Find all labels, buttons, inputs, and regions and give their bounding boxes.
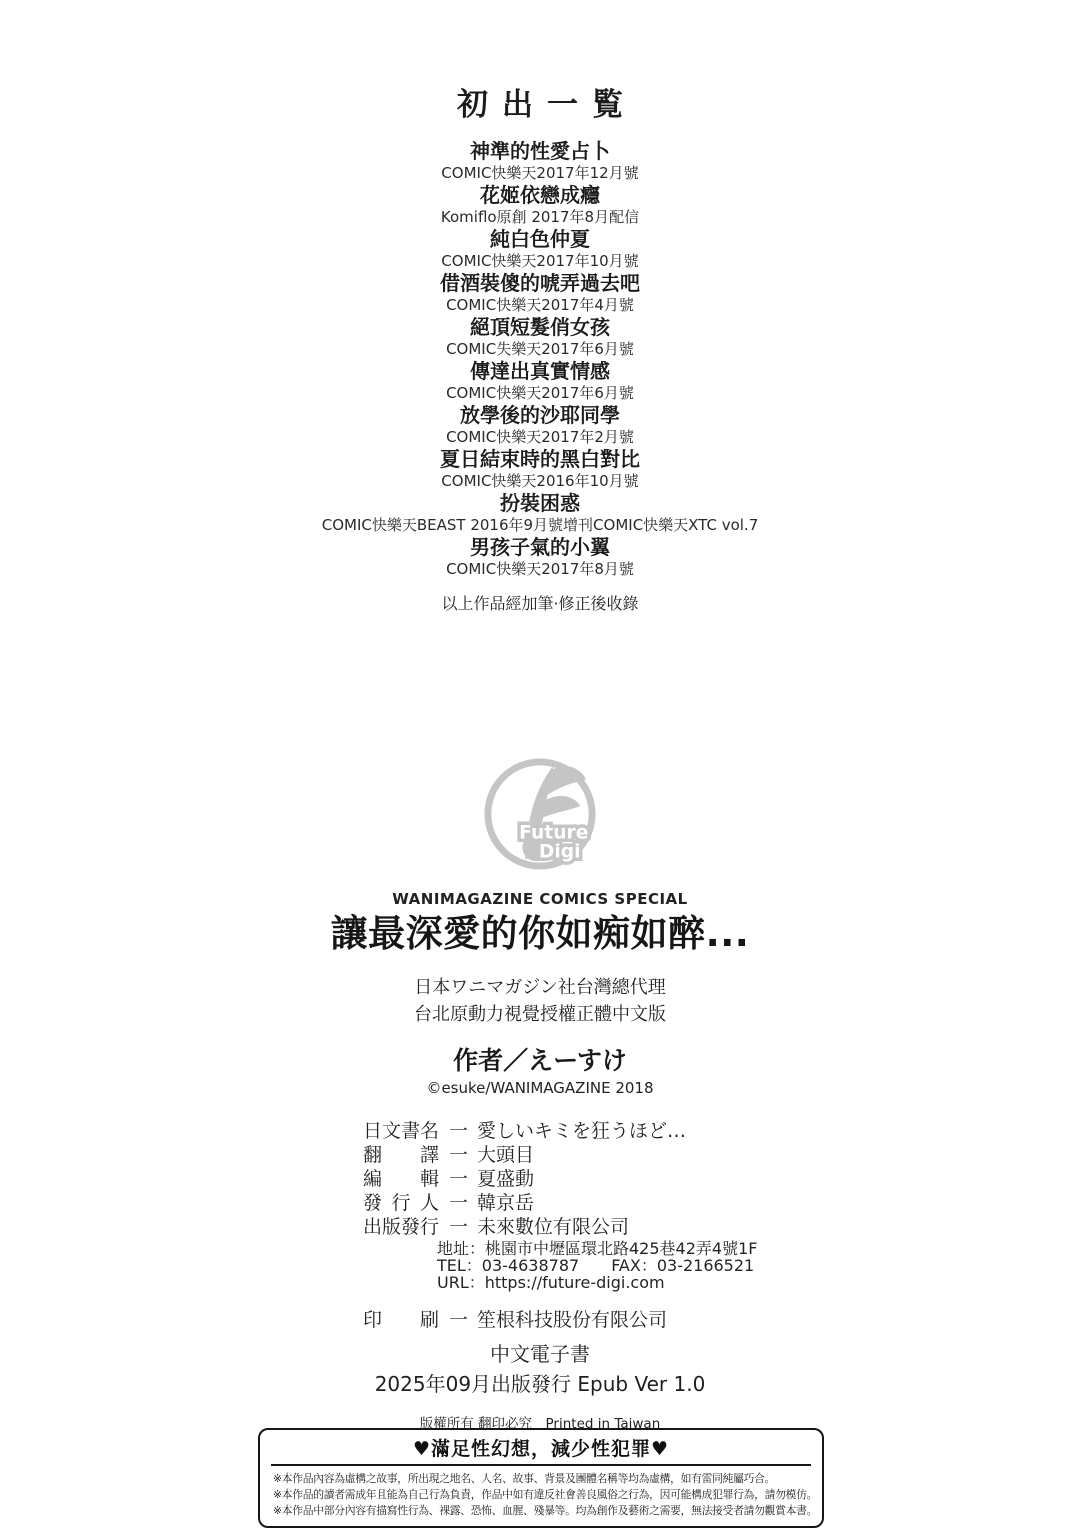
- publication-item-source: COMIC快樂天2017年8月號: [0, 560, 1080, 578]
- publication-item: 絕頂短髮俏女孩COMIC失樂天2017年6月號: [0, 315, 1080, 359]
- notice-line: ※本作品的讀者需成年且能為自己行為負責，作品中如有違反社會善良風俗之行為，因可能…: [273, 1487, 809, 1503]
- credit-label: 日文書名: [363, 1119, 439, 1143]
- future-digi-logo-graphic: Future Digi: [481, 755, 599, 873]
- credit-row: 發行人一韓京岳: [363, 1191, 1080, 1215]
- credit-row: 翻譯一大頭目: [363, 1143, 1080, 1167]
- publication-item-source: COMIC快樂天2017年2月號: [0, 428, 1080, 446]
- credit-separator: 一: [449, 1143, 468, 1167]
- credit-label: 翻譯: [363, 1143, 439, 1167]
- credit-separator: 一: [449, 1167, 468, 1191]
- credit-label: 發行人: [363, 1191, 439, 1215]
- publication-item-title: 扮裝困惑: [0, 491, 1080, 516]
- author-line: 作者／えーすけ: [0, 1041, 1080, 1077]
- publication-item: 純白色仲夏COMIC快樂天2017年10月號: [0, 227, 1080, 271]
- credit-rows: 日文書名一愛しいキミを狂うほど…翻譯一大頭目編輯一夏盛動發行人一韓京岳出版發行一…: [363, 1119, 1080, 1239]
- credit-label: 編輯: [363, 1167, 439, 1191]
- credit-label: 出版發行: [363, 1215, 439, 1239]
- publisher-detail-line: TEL：03-4638787 FAX：03-2166521: [437, 1257, 1080, 1274]
- notice-divider: [271, 1464, 811, 1466]
- credit-value: 未來數位有限公司: [477, 1216, 629, 1238]
- publication-item: 男孩子氣的小翼COMIC快樂天2017年8月號: [0, 535, 1080, 579]
- publication-item-title: 花姬依戀成癮: [0, 183, 1080, 208]
- publication-item: 放學後的沙耶同學COMIC快樂天2017年2月號: [0, 403, 1080, 447]
- publication-item-source: COMIC快樂天2017年10月號: [0, 252, 1080, 270]
- notice-lines: ※本作品內容為虛構之故事，所出現之地名、人名、故事、背景及團體名稱等均為虛構，如…: [273, 1471, 809, 1519]
- credit-separator: 一: [449, 1215, 468, 1239]
- license-line-2: 台北原動力視覺授權正體中文版: [0, 1001, 1080, 1028]
- publication-item-title: 借酒裝傻的唬弄過去吧: [0, 271, 1080, 296]
- publication-item: 借酒裝傻的唬弄過去吧COMIC快樂天2017年4月號: [0, 271, 1080, 315]
- publisher-details: 地址：桃園市中壢區環北路425巷42弄4號1FTEL：03-4638787 FA…: [437, 1240, 1080, 1291]
- printer-label: 印刷: [363, 1308, 439, 1332]
- publication-item-title: 傳達出真實情感: [0, 359, 1080, 384]
- credits-block: 日文書名一愛しいキミを狂うほど…翻譯一大頭目編輯一夏盛動發行人一韓京岳出版發行一…: [363, 1119, 1080, 1332]
- publication-item-title: 絕頂短髮俏女孩: [0, 315, 1080, 340]
- first-publication-heading: 初出一覧: [0, 86, 1080, 124]
- publication-item: 傳達出真實情感COMIC快樂天2017年6月號: [0, 359, 1080, 403]
- publication-item-source: COMIC快樂天2017年12月號: [0, 164, 1080, 182]
- publication-item-source: COMIC快樂天2016年10月號: [0, 472, 1080, 490]
- publication-item-source: Komiflo原創 2017年8月配信: [0, 208, 1080, 226]
- publication-item: 扮裝困惑COMIC快樂天BEAST 2016年9月號增刊COMIC快樂天XTC …: [0, 491, 1080, 535]
- book-title: 讓最深愛的你如痴如醉...: [0, 912, 1080, 956]
- first-publication-section: 初出一覧 神準的性愛占卜COMIC快樂天2017年12月號花姬依戀成癮Komif…: [0, 86, 1080, 614]
- credit-row: 出版發行一未來數位有限公司: [363, 1215, 1080, 1239]
- credit-value: 愛しいキミを狂うほど…: [477, 1120, 686, 1142]
- colophon-page: 初出一覧 神準的性愛占卜COMIC快樂天2017年12月號花姬依戀成癮Komif…: [0, 0, 1080, 1532]
- notice-box: ♥滿足性幻想，減少性犯罪♥ ※本作品內容為虛構之故事，所出現之地名、人名、故事、…: [258, 1428, 824, 1528]
- publication-item-title: 神準的性愛占卜: [0, 139, 1080, 164]
- credit-value: 夏盛動: [477, 1168, 534, 1190]
- publication-note: 以上作品經加筆·修正後收錄: [0, 591, 1080, 614]
- future-digi-logo: Future Digi: [481, 755, 599, 873]
- printer-value: 笙根科技股份有限公司: [477, 1309, 667, 1331]
- publication-item-source: COMIC快樂天2017年6月號: [0, 384, 1080, 402]
- credit-row: 日文書名一愛しいキミを狂うほど…: [363, 1119, 1080, 1143]
- notice-box-title: ♥滿足性幻想，減少性犯罪♥: [273, 1434, 809, 1461]
- publication-item-title: 放學後的沙耶同學: [0, 403, 1080, 428]
- credit-value: 韓京岳: [477, 1192, 534, 1214]
- credit-separator: 一: [449, 1191, 468, 1215]
- credit-separator: 一: [449, 1119, 468, 1143]
- license-line-1: 日本ワニマガジン社台灣總代理: [0, 974, 1080, 1001]
- notice-line: ※本作品中部分內容有描寫性行為、裸露、恐怖、血腥、殘暴等。均為創作及藝術之需要，…: [273, 1503, 809, 1519]
- edition-format: 中文電子書: [0, 1338, 1080, 1367]
- credit-row: 編輯一夏盛動: [363, 1167, 1080, 1191]
- series-label: WANIMAGAZINE COMICS SPECIAL: [0, 890, 1080, 908]
- credit-value: 大頭目: [477, 1144, 534, 1166]
- publication-item-source: COMIC快樂天BEAST 2016年9月號增刊COMIC快樂天XTC vol.…: [0, 516, 1080, 534]
- publication-list: 神準的性愛占卜COMIC快樂天2017年12月號花姬依戀成癮Komiflo原創 …: [0, 139, 1080, 579]
- publication-item-source: COMIC失樂天2017年6月號: [0, 340, 1080, 358]
- publisher-detail-line: 地址：桃園市中壢區環北路425巷42弄4號1F: [437, 1240, 1080, 1257]
- publication-item-title: 純白色仲夏: [0, 227, 1080, 252]
- colophon-section: WANIMAGAZINE COMICS SPECIAL 讓最深愛的你如痴如醉..…: [0, 890, 1080, 1452]
- publication-item-source: COMIC快樂天2017年4月號: [0, 296, 1080, 314]
- publication-item-title: 夏日結束時的黑白對比: [0, 447, 1080, 472]
- publication-item: 夏日結束時的黑白對比COMIC快樂天2016年10月號: [0, 447, 1080, 491]
- license-lines: 日本ワニマガジン社台灣總代理 台北原動力視覺授權正體中文版: [0, 974, 1080, 1028]
- publication-item: 花姬依戀成癮Komiflo原創 2017年8月配信: [0, 183, 1080, 227]
- publisher-detail-line: URL：https://future-digi.com: [437, 1274, 1080, 1291]
- copyright-line: ©esuke/WANIMAGAZINE 2018: [0, 1079, 1080, 1097]
- notice-line: ※本作品內容為虛構之故事，所出現之地名、人名、故事、背景及團體名稱等均為虛構，如…: [273, 1471, 809, 1487]
- printer-separator: 一: [449, 1308, 468, 1332]
- logo-word-digi: Digi: [539, 841, 581, 862]
- publication-item: 神準的性愛占卜COMIC快樂天2017年12月號: [0, 139, 1080, 183]
- publication-item-title: 男孩子氣的小翼: [0, 535, 1080, 560]
- edition-date-version: 2025年09月出版發行 Epub Ver 1.0: [0, 1368, 1080, 1397]
- printer-row: 印刷一笙根科技股份有限公司: [363, 1308, 1080, 1332]
